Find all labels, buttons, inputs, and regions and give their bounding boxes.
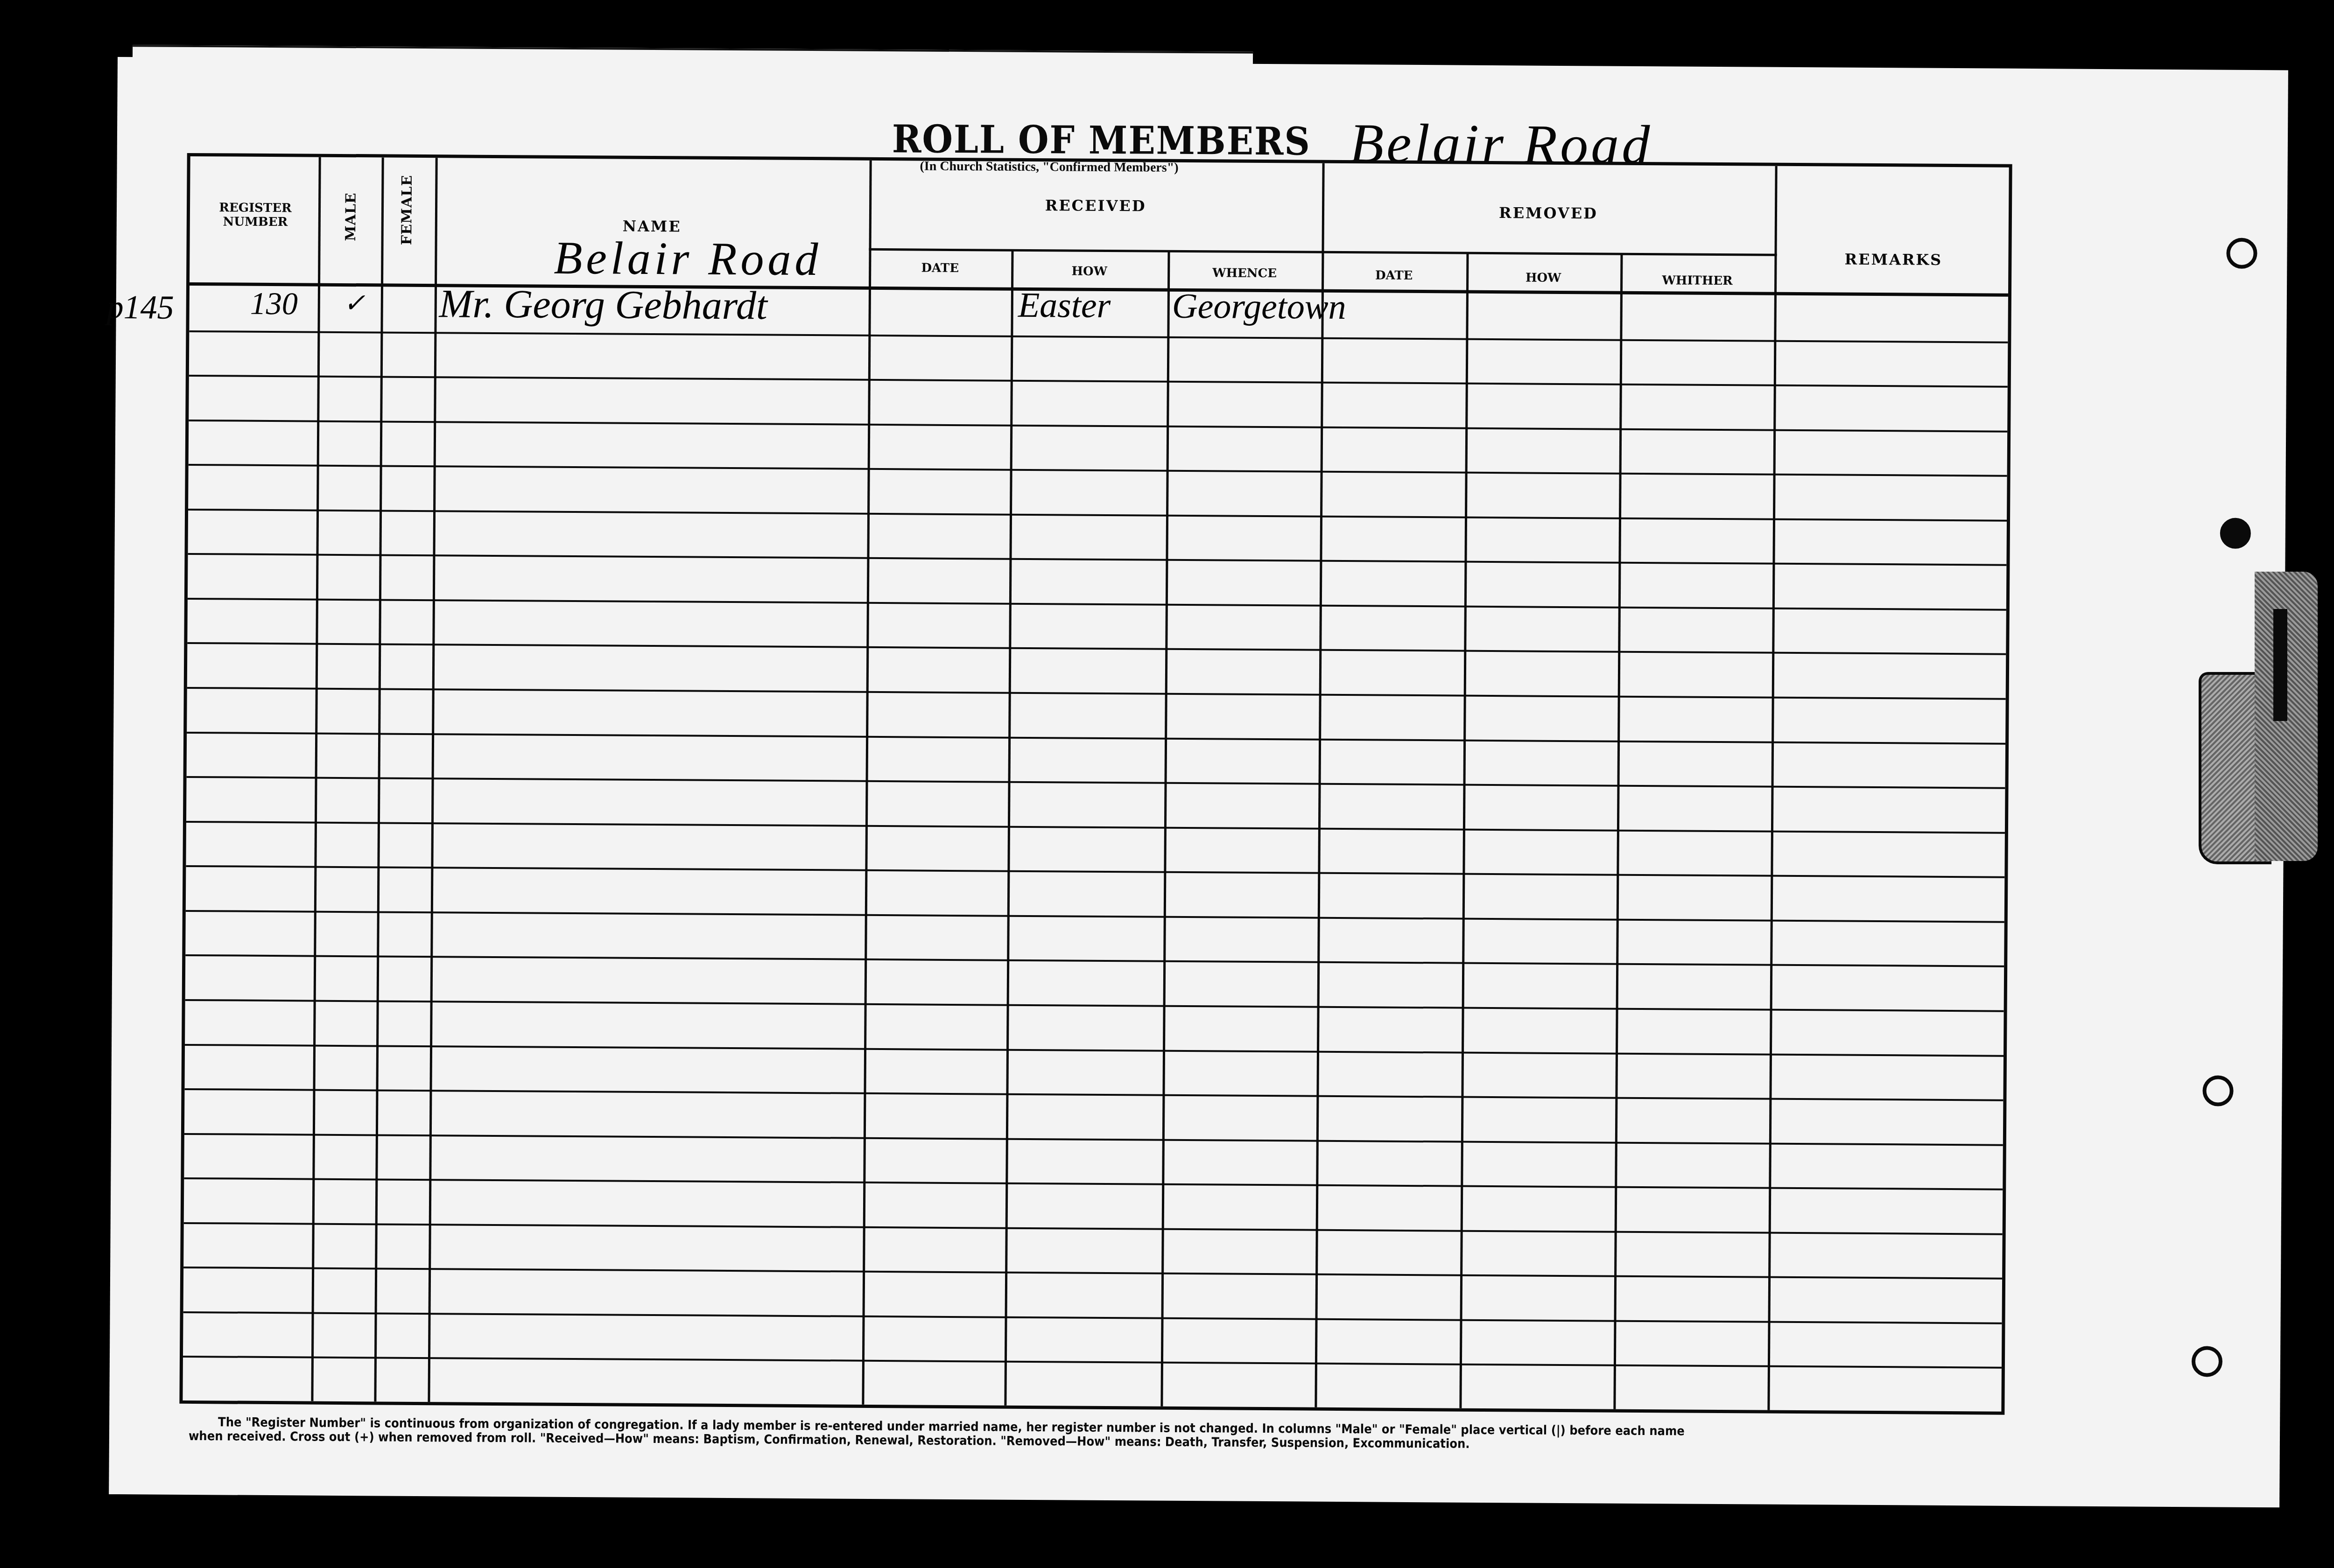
divider-received-removed xyxy=(1315,163,1324,1407)
cell-name[interactable]: Mr. Georg Gebhardt xyxy=(439,280,767,329)
instructions-footnote: The "Register Number" is continuous from… xyxy=(189,1415,1827,1453)
divider-name-received xyxy=(862,161,872,1405)
row-divider xyxy=(189,375,2008,388)
header-received-how: HOW xyxy=(1011,264,1167,279)
name-header-note: Belair Road xyxy=(554,231,822,287)
members-table: REGISTER NUMBER MALE FEMALE NAME Belair … xyxy=(179,153,2012,1415)
binder-hole-icon xyxy=(2192,1346,2222,1377)
row-divider xyxy=(183,1311,2002,1324)
row-divider xyxy=(189,330,2008,343)
divider-register-male xyxy=(311,157,321,1401)
header-received-date: DATE xyxy=(869,261,1011,276)
row-divider xyxy=(189,420,2007,433)
row-divider xyxy=(185,954,2004,967)
header-register-number: REGISTER NUMBER xyxy=(204,201,307,229)
tab-label-slot xyxy=(2273,609,2287,721)
row-divider xyxy=(187,687,2006,700)
row-divider xyxy=(184,1177,2003,1190)
header-remarks: REMARKS xyxy=(1774,250,2012,269)
row-divider xyxy=(188,553,2006,566)
row-divider xyxy=(187,642,2006,655)
header-female: FEMALE xyxy=(399,189,415,245)
row-divider xyxy=(187,776,2005,789)
row-divider xyxy=(184,1222,2003,1235)
divider-removed-how-whither xyxy=(1613,254,1623,1409)
cell-received-whence[interactable]: Georgetown xyxy=(1172,286,1346,328)
divider-removed-date-how xyxy=(1459,253,1469,1408)
row-divider xyxy=(189,464,2007,477)
divider-received-date-how xyxy=(1004,250,1013,1406)
header-removed: REMOVED xyxy=(1322,203,1775,224)
header-male: MALE xyxy=(343,189,359,245)
row-divider xyxy=(183,1356,2002,1369)
divider-male-female xyxy=(374,157,384,1401)
cell-received-how[interactable]: Easter xyxy=(1018,285,1111,326)
divider-removed-remarks xyxy=(1767,166,1777,1410)
cell-register-number[interactable]: 130 xyxy=(250,285,298,322)
row-divider xyxy=(183,1267,2002,1280)
row-divider xyxy=(185,999,2004,1012)
binder-hole-icon xyxy=(2226,238,2257,269)
cell-male-mark[interactable]: ✓ xyxy=(344,288,366,318)
row-divider xyxy=(188,598,2006,611)
header-removed-whither: WHITHER xyxy=(1620,273,1774,288)
divider-received-how-whence xyxy=(1160,251,1170,1407)
header-received-whence: WHENCE xyxy=(1167,266,1322,281)
margin-page-note: p145 xyxy=(106,288,174,327)
binder-hole-icon xyxy=(2202,1075,2233,1106)
page-title: ROLL OF MEMBERS xyxy=(892,117,1311,164)
header-removed-how: HOW xyxy=(1466,271,1620,286)
row-divider xyxy=(185,1043,2004,1057)
row-divider xyxy=(184,1088,2003,1101)
row-divider xyxy=(186,910,2004,923)
header-received: RECEIVED xyxy=(869,196,1322,216)
binder-hole-icon xyxy=(2220,518,2251,549)
header-removed-date: DATE xyxy=(1322,268,1466,283)
divider-female-name xyxy=(428,158,437,1402)
row-divider xyxy=(188,509,2007,522)
previous-page-edge xyxy=(133,45,1253,66)
row-divider xyxy=(187,732,2005,745)
row-divider xyxy=(186,865,2004,878)
document-page: ROLL OF MEMBERS (In Church Statistics, "… xyxy=(109,57,2288,1507)
row-divider xyxy=(184,1133,2003,1146)
index-tab[interactable] xyxy=(2255,572,2318,861)
row-divider xyxy=(186,821,2005,834)
